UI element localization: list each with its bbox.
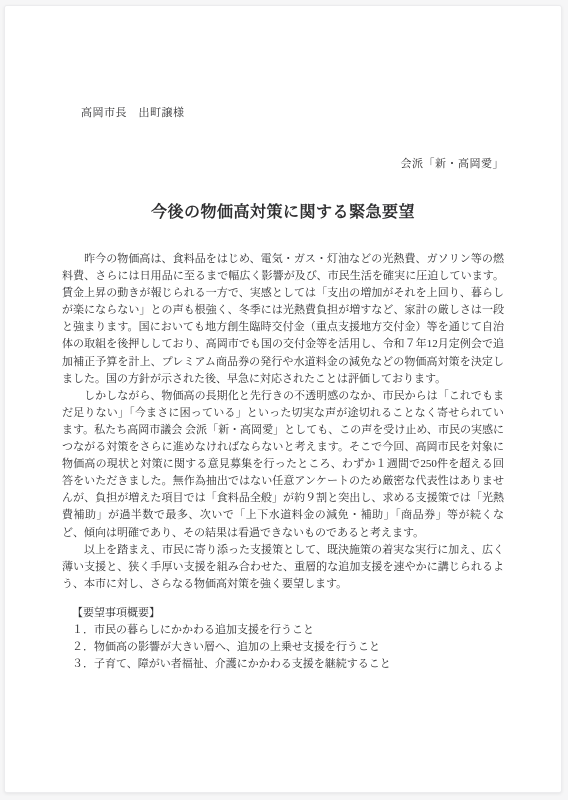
sender-line: 会派「新・高岡愛」 [62, 155, 504, 173]
body-paragraph: 以上を踏まえ、市民に寄り添った支援策として、既決施策の着実な実行に加え、広く薄い… [62, 542, 504, 593]
screenshot-background: { "page": { "background_color": "#f6f6f7… [0, 0, 568, 800]
recipient-line: 高岡市長 出町譲様 [62, 6, 504, 122]
body-paragraph: 昨今の物価高は、食料品をはじめ、電気・ガス・灯油などの光熱費、ガソリン等の燃料費… [62, 251, 504, 388]
summary-heading: 【要望事項概要】 [62, 605, 504, 622]
body-paragraphs: 昨今の物価高は、食料品をはじめ、電気・ガス・灯油などの光熱費、ガソリン等の燃料費… [62, 251, 504, 593]
summary-item: ２．物価高の影響が大きい層へ、追加の上乗せ支援を行うこと [72, 639, 504, 656]
document-body: 高岡市長 出町譲様 会派「新・高岡愛」 今後の物価高対策に関する緊急要望 昨今の… [5, 6, 561, 673]
summary-item: ３．子育て、障がい者福祉、介護にかかわる支援を継続すること [72, 656, 504, 673]
summary-item: １．市民の暮らしにかかわる追加支援を行うこと [72, 622, 504, 639]
body-paragraph: しかしながら、物価高の長期化と先行きの不透明感のなか、市民からは「これでもまだ足… [62, 388, 504, 542]
summary-list: １．市民の暮らしにかかわる追加支援を行うこと ２．物価高の影響が大きい層へ、追加… [62, 622, 504, 673]
document-page: 高岡市長 出町譲様 会派「新・高岡愛」 今後の物価高対策に関する緊急要望 昨今の… [4, 5, 562, 793]
document-title: 今後の物価高対策に関する緊急要望 [62, 202, 504, 224]
